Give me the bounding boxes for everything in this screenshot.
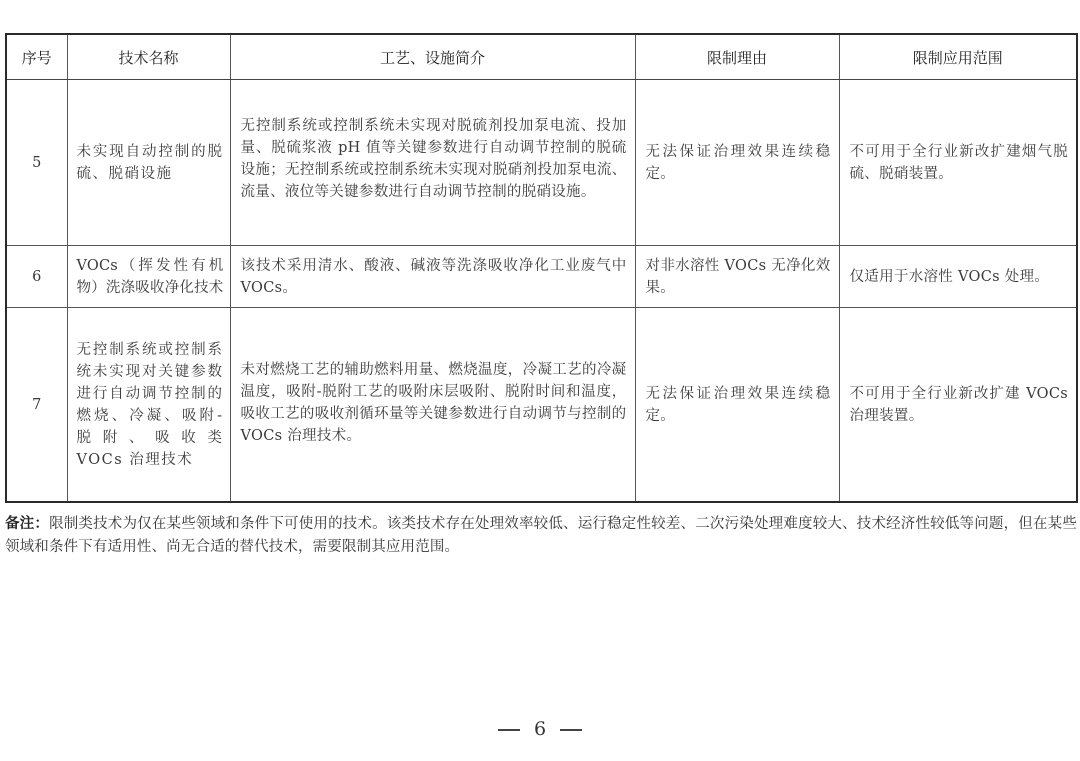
restriction-scope: 不可用于全行业新改扩建烟气脱硫、脱硝装置。	[839, 80, 1077, 246]
row-index: 5	[6, 80, 67, 246]
restriction-scope: 不可用于全行业新改扩建 VOCs 治理装置。	[839, 308, 1077, 503]
restriction-reason: 无法保证治理效果连续稳定。	[635, 308, 839, 503]
technology-name-text: 无控制系统或控制系统未实现对关键参数进行自动调节控制的燃烧、冷凝、吸附-脱附、吸…	[77, 339, 224, 471]
restriction-reason: 对非水溶性 VOCs 无净化效果。	[635, 246, 839, 308]
page-number-dash-right	[560, 729, 582, 731]
restriction-scope-text: 不可用于全行业新改扩建烟气脱硫、脱硝装置。	[850, 141, 1069, 185]
header-restriction-scope: 限制应用范围	[839, 34, 1077, 80]
table-header-row: 序号 技术名称 工艺、设施简介 限制理由 限制应用范围	[6, 34, 1077, 80]
process-description-text: 未对燃烧工艺的辅助燃料用量、燃烧温度，冷凝工艺的冷凝温度，吸附-脱附工艺的吸附床…	[241, 359, 627, 447]
technology-name-text: VOCs（挥发性有机物）洗涤吸收净化技术	[77, 255, 224, 299]
technology-name: 未实现自动控制的脱硫、脱硝设施	[67, 80, 230, 246]
page-number: 6	[0, 718, 1080, 740]
process-description: 该技术采用清水、酸液、碱液等洗涤吸收净化工业废气中 VOCs。	[230, 246, 635, 308]
table-row: 7 无控制系统或控制系统未实现对关键参数进行自动调节控制的燃烧、冷凝、吸附-脱附…	[6, 308, 1077, 503]
restriction-reason-text: 无法保证治理效果连续稳定。	[646, 383, 831, 427]
header-restriction-reason: 限制理由	[635, 34, 839, 80]
table-row: 6 VOCs（挥发性有机物）洗涤吸收净化技术 该技术采用清水、酸液、碱液等洗涤吸…	[6, 246, 1077, 308]
page-number-dash-left	[498, 729, 520, 731]
row-index: 6	[6, 246, 67, 308]
technology-name: 无控制系统或控制系统未实现对关键参数进行自动调节控制的燃烧、冷凝、吸附-脱附、吸…	[67, 308, 230, 503]
remark-note: 备注：限制类技术为仅在某些领域和条件下可使用的技术。该类技术存在处理效率较低、运…	[5, 513, 1077, 559]
restriction-reason: 无法保证治理效果连续稳定。	[635, 80, 839, 246]
restriction-scope-text: 不可用于全行业新改扩建 VOCs 治理装置。	[850, 383, 1069, 427]
table-row: 5 未实现自动控制的脱硫、脱硝设施 无控制系统或控制系统未实现对脱硫剂投加泵电流…	[6, 80, 1077, 246]
process-description: 未对燃烧工艺的辅助燃料用量、燃烧温度，冷凝工艺的冷凝温度，吸附-脱附工艺的吸附床…	[230, 308, 635, 503]
process-description-text: 无控制系统或控制系统未实现对脱硫剂投加泵电流、投加量、脱硫浆液 pH 值等关键参…	[241, 115, 627, 203]
remark-text: 限制类技术为仅在某些领域和条件下可使用的技术。该类技术存在处理效率较低、运行稳定…	[5, 516, 1077, 555]
restriction-reason-text: 无法保证治理效果连续稳定。	[646, 141, 831, 185]
process-description: 无控制系统或控制系统未实现对脱硫剂投加泵电流、投加量、脱硫浆液 pH 值等关键参…	[230, 80, 635, 246]
restriction-reason-text: 对非水溶性 VOCs 无净化效果。	[646, 255, 831, 299]
process-description-text: 该技术采用清水、酸液、碱液等洗涤吸收净化工业废气中 VOCs。	[241, 255, 627, 299]
restricted-technology-table: 序号 技术名称 工艺、设施简介 限制理由 限制应用范围 5 未实现自动控制的脱硫…	[5, 33, 1078, 503]
header-index: 序号	[6, 34, 67, 80]
header-technology-name: 技术名称	[67, 34, 230, 80]
header-process-description: 工艺、设施简介	[230, 34, 635, 80]
technology-name: VOCs（挥发性有机物）洗涤吸收净化技术	[67, 246, 230, 308]
document-page: 序号 技术名称 工艺、设施简介 限制理由 限制应用范围 5 未实现自动控制的脱硫…	[0, 0, 1080, 761]
page-number-value: 6	[534, 718, 546, 740]
technology-name-text: 未实现自动控制的脱硫、脱硝设施	[77, 141, 224, 185]
row-index: 7	[6, 308, 67, 503]
restriction-scope-text: 仅适用于水溶性 VOCs 处理。	[850, 266, 1069, 288]
remark-label: 备注：	[5, 516, 49, 532]
restriction-scope: 仅适用于水溶性 VOCs 处理。	[839, 246, 1077, 308]
